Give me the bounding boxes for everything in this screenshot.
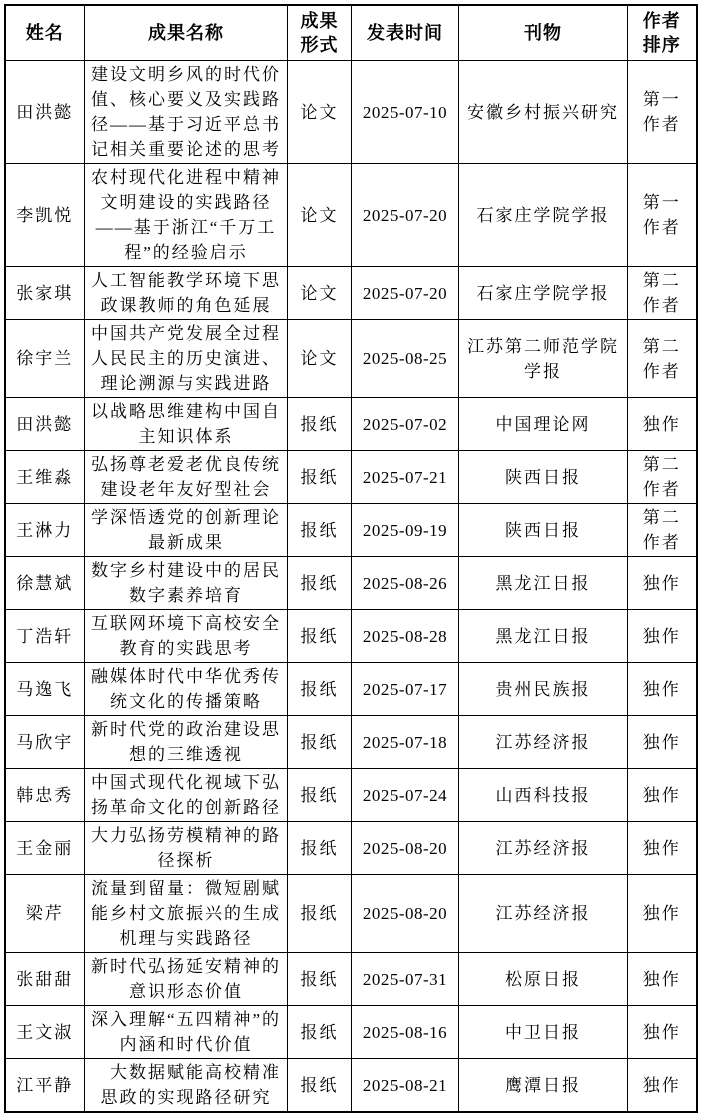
cell-date: 2025-08-16: [352, 1006, 459, 1059]
cell-date: 2025-08-26: [352, 557, 459, 610]
cell-date: 2025-07-21: [352, 451, 459, 504]
header-row: 姓名 成果名称 成果 形式 发表时间 刊物 作者 排序: [5, 5, 697, 61]
cell-title: 新时代党的政治建设思想的三维透视: [85, 716, 288, 769]
cell-date: 2025-07-18: [352, 716, 459, 769]
cell-name: 王文淑: [5, 1006, 85, 1059]
cell-name: 张甜甜: [5, 953, 85, 1006]
cell-author-order: 第一 作者: [628, 61, 697, 164]
column-header-title: 成果名称: [85, 5, 288, 61]
column-header-journal: 刊物: [459, 5, 628, 61]
table-row: 丁浩轩 互联网环境下高校安全教育的实践思考 报纸 2025-08-28 黑龙江日…: [5, 610, 697, 663]
table-row: 张甜甜 新时代弘扬延安精神的意识形态价值 报纸 2025-07-31 松原日报 …: [5, 953, 697, 1006]
cell-title: 新时代弘扬延安精神的意识形态价值: [85, 953, 288, 1006]
cell-name: 徐宇兰: [5, 320, 85, 398]
cell-journal: 石家庄学院学报: [459, 164, 628, 267]
cell-author-order: 第二 作者: [628, 504, 697, 557]
table-row: 田洪懿 以战略思维建构中国自主知识体系 报纸 2025-07-02 中国理论网 …: [5, 398, 697, 451]
cell-author-order: 第二 作者: [628, 320, 697, 398]
cell-title: 建设文明乡风的时代价值、核心要义及实践路径——基于习近平总书记相关重要论述的思考: [85, 61, 288, 164]
cell-date: 2025-07-02: [352, 398, 459, 451]
cell-journal: 松原日报: [459, 953, 628, 1006]
publications-table: 姓名 成果名称 成果 形式 发表时间 刊物 作者 排序 田洪懿 建设文明乡风的时…: [4, 4, 698, 1113]
cell-author-order: 独作: [628, 398, 697, 451]
cell-author-order: 第二 作者: [628, 451, 697, 504]
document-page: 姓名 成果名称 成果 形式 发表时间 刊物 作者 排序 田洪懿 建设文明乡风的时…: [0, 0, 701, 1117]
table-row: 徐宇兰 中国共产党发展全过程人民民主的历史演进、理论溯源与实践进路 论文 202…: [5, 320, 697, 398]
cell-name: 田洪懿: [5, 61, 85, 164]
cell-date: 2025-07-17: [352, 663, 459, 716]
cell-author-order: 独作: [628, 769, 697, 822]
column-header-form: 成果 形式: [288, 5, 352, 61]
cell-title: 互联网环境下高校安全教育的实践思考: [85, 610, 288, 663]
cell-author-order: 独作: [628, 822, 697, 875]
cell-journal: 黑龙江日报: [459, 610, 628, 663]
cell-date: 2025-07-24: [352, 769, 459, 822]
cell-name: 王维淼: [5, 451, 85, 504]
cell-journal: 黑龙江日报: [459, 557, 628, 610]
cell-date: 2025-07-31: [352, 953, 459, 1006]
cell-journal: 山西科技报: [459, 769, 628, 822]
column-header-date: 发表时间: [352, 5, 459, 61]
cell-date: 2025-08-21: [352, 1059, 459, 1113]
cell-name: 田洪懿: [5, 398, 85, 451]
cell-name: 徐慧斌: [5, 557, 85, 610]
cell-journal: 江苏经济报: [459, 822, 628, 875]
table-row: 王金丽 大力弘扬劳模精神的路径探析 报纸 2025-08-20 江苏经济报 独作: [5, 822, 697, 875]
cell-form: 报纸: [288, 875, 352, 953]
cell-form: 报纸: [288, 822, 352, 875]
cell-name: 丁浩轩: [5, 610, 85, 663]
cell-form: 报纸: [288, 610, 352, 663]
cell-name: 江平静: [5, 1059, 85, 1113]
table-body: 田洪懿 建设文明乡风的时代价值、核心要义及实践路径——基于习近平总书记相关重要论…: [5, 61, 697, 1113]
cell-journal: 江苏经济报: [459, 875, 628, 953]
cell-journal: 安徽乡村振兴研究: [459, 61, 628, 164]
cell-journal: 江苏经济报: [459, 716, 628, 769]
cell-name: 马逸飞: [5, 663, 85, 716]
cell-journal: 中国理论网: [459, 398, 628, 451]
cell-name: 李凯悦: [5, 164, 85, 267]
cell-form: 报纸: [288, 769, 352, 822]
cell-title: 弘扬尊老爱老优良传统建设老年友好型社会: [85, 451, 288, 504]
cell-date: 2025-08-25: [352, 320, 459, 398]
column-header-author: 作者 排序: [628, 5, 697, 61]
cell-form: 报纸: [288, 953, 352, 1006]
table-row: 马逸飞 融媒体时代中华优秀传统文化的传播策略 报纸 2025-07-17 贵州民…: [5, 663, 697, 716]
table-row: 韩忠秀 中国式现代化视域下弘扬革命文化的创新路径 报纸 2025-07-24 山…: [5, 769, 697, 822]
cell-journal: 陕西日报: [459, 451, 628, 504]
cell-author-order: 独作: [628, 557, 697, 610]
cell-name: 马欣宇: [5, 716, 85, 769]
cell-author-order: 独作: [628, 716, 697, 769]
cell-form: 报纸: [288, 1059, 352, 1113]
cell-title: 大力弘扬劳模精神的路径探析: [85, 822, 288, 875]
table-row: 张家琪 人工智能教学环境下思政课教师的角色延展 论文 2025-07-20 石家…: [5, 267, 697, 320]
table-row: 田洪懿 建设文明乡风的时代价值、核心要义及实践路径——基于习近平总书记相关重要论…: [5, 61, 697, 164]
cell-title: 学深悟透党的创新理论最新成果: [85, 504, 288, 557]
cell-title: 流量到留量：微短剧赋能乡村文旅振兴的生成机理与实践路径: [85, 875, 288, 953]
cell-author-order: 独作: [628, 1006, 697, 1059]
cell-author-order: 独作: [628, 1059, 697, 1113]
cell-name: 梁芹: [5, 875, 85, 953]
cell-date: 2025-08-20: [352, 822, 459, 875]
cell-form: 报纸: [288, 398, 352, 451]
table-row: 梁芹 流量到留量：微短剧赋能乡村文旅振兴的生成机理与实践路径 报纸 2025-0…: [5, 875, 697, 953]
cell-form: 论文: [288, 164, 352, 267]
table-row: 王文淑 深入理解“五四精神”的内涵和时代价值 报纸 2025-08-16 中卫日…: [5, 1006, 697, 1059]
cell-form: 报纸: [288, 1006, 352, 1059]
cell-title: 中国式现代化视域下弘扬革命文化的创新路径: [85, 769, 288, 822]
cell-title: 中国共产党发展全过程人民民主的历史演进、理论溯源与实践进路: [85, 320, 288, 398]
cell-title: 以战略思维建构中国自主知识体系: [85, 398, 288, 451]
cell-title: 深入理解“五四精神”的内涵和时代价值: [85, 1006, 288, 1059]
cell-journal: 中卫日报: [459, 1006, 628, 1059]
table-row: 徐慧斌 数字乡村建设中的居民数字素养培育 报纸 2025-08-26 黑龙江日报…: [5, 557, 697, 610]
cell-journal: 江苏第二师范学院 学报: [459, 320, 628, 398]
cell-form: 报纸: [288, 451, 352, 504]
cell-name: 王金丽: [5, 822, 85, 875]
table-header: 姓名 成果名称 成果 形式 发表时间 刊物 作者 排序: [5, 5, 697, 61]
cell-form: 报纸: [288, 663, 352, 716]
cell-title: 融媒体时代中华优秀传统文化的传播策略: [85, 663, 288, 716]
cell-title: 人工智能教学环境下思政课教师的角色延展: [85, 267, 288, 320]
table-row: 王淋力 学深悟透党的创新理论最新成果 报纸 2025-09-19 陕西日报 第二…: [5, 504, 697, 557]
cell-author-order: 独作: [628, 610, 697, 663]
cell-name: 张家琪: [5, 267, 85, 320]
cell-name: 韩忠秀: [5, 769, 85, 822]
cell-journal: 贵州民族报: [459, 663, 628, 716]
cell-title: 大数据赋能高校精准思政的实现路径研究: [85, 1059, 288, 1113]
cell-journal: 石家庄学院学报: [459, 267, 628, 320]
cell-date: 2025-07-20: [352, 267, 459, 320]
cell-form: 论文: [288, 61, 352, 164]
cell-title: 农村现代化进程中精神文明建设的实践路径——基于浙江“千万工程”的经验启示: [85, 164, 288, 267]
table-row: 马欣宇 新时代党的政治建设思想的三维透视 报纸 2025-07-18 江苏经济报…: [5, 716, 697, 769]
cell-date: 2025-08-20: [352, 875, 459, 953]
cell-author-order: 独作: [628, 953, 697, 1006]
cell-date: 2025-07-20: [352, 164, 459, 267]
cell-journal: 鹰潭日报: [459, 1059, 628, 1113]
cell-author-order: 独作: [628, 663, 697, 716]
cell-form: 报纸: [288, 504, 352, 557]
cell-form: 论文: [288, 320, 352, 398]
cell-journal: 陕西日报: [459, 504, 628, 557]
table-row: 李凯悦 农村现代化进程中精神文明建设的实践路径——基于浙江“千万工程”的经验启示…: [5, 164, 697, 267]
table-row: 王维淼 弘扬尊老爱老优良传统建设老年友好型社会 报纸 2025-07-21 陕西…: [5, 451, 697, 504]
cell-form: 报纸: [288, 557, 352, 610]
cell-author-order: 独作: [628, 875, 697, 953]
cell-title: 数字乡村建设中的居民数字素养培育: [85, 557, 288, 610]
column-header-name: 姓名: [5, 5, 85, 61]
cell-date: 2025-08-28: [352, 610, 459, 663]
cell-date: 2025-09-19: [352, 504, 459, 557]
cell-author-order: 第二 作者: [628, 267, 697, 320]
cell-date: 2025-07-10: [352, 61, 459, 164]
cell-form: 论文: [288, 267, 352, 320]
cell-author-order: 第一 作者: [628, 164, 697, 267]
cell-form: 报纸: [288, 716, 352, 769]
cell-name: 王淋力: [5, 504, 85, 557]
